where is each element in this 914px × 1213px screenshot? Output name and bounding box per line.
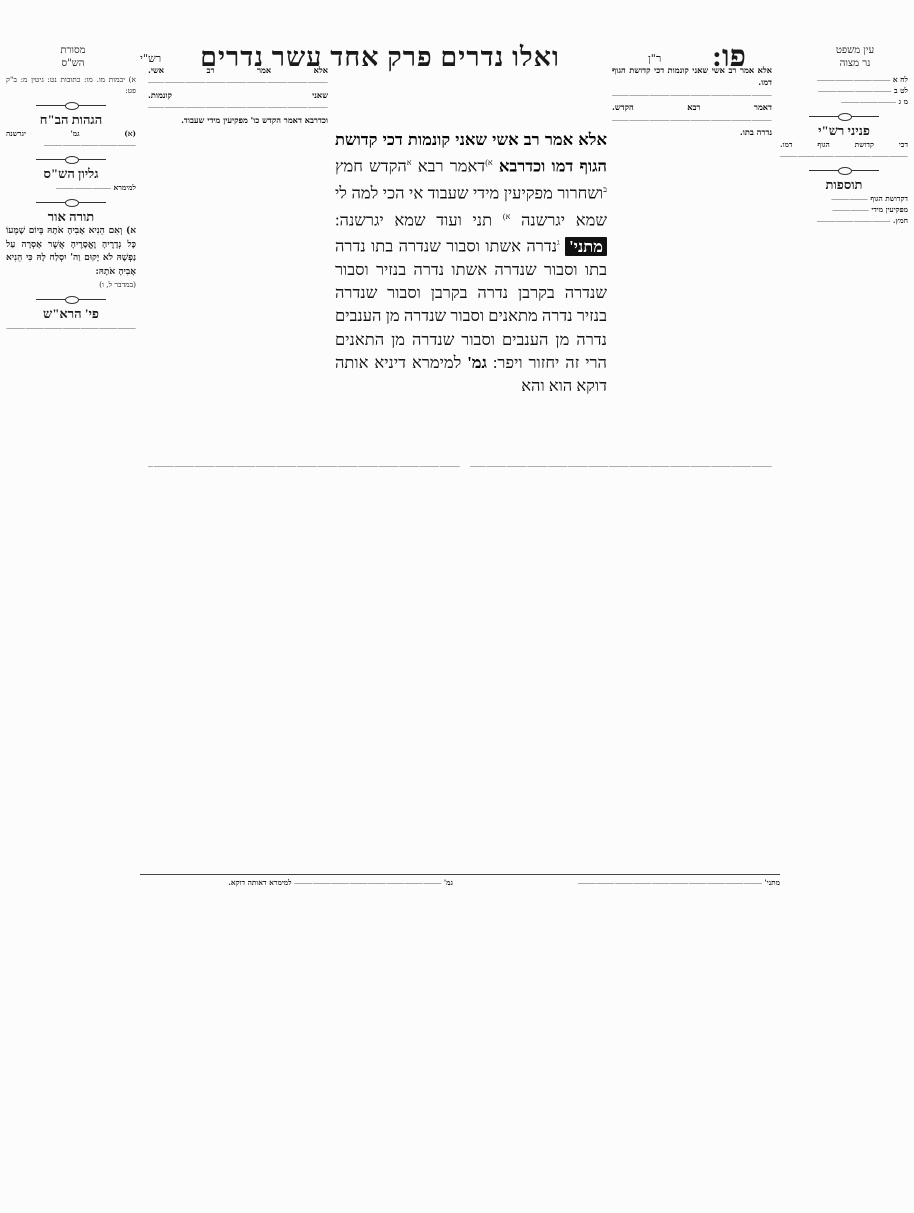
rosh-body: ⸻⸻⸻⸻⸻⸻⸻⸻⸻⸻⸻⸻: [6, 322, 136, 333]
tosafot-entry: דקדושת הגוף ⸻⸻: [780, 193, 908, 204]
rashi-commentary-lower: ⸻⸻⸻⸻⸻⸻⸻⸻⸻⸻⸻⸻⸻⸻⸻⸻⸻⸻⸻⸻: [148, 460, 460, 872]
note-marker: ב: [603, 185, 607, 194]
rosh-heading: פי' הרא"ש: [6, 308, 136, 319]
hagahot-body: (א) גמ' יגרשנה ⸻⸻⸻⸻⸻: [6, 128, 136, 150]
rashi-lower-body: ⸻⸻⸻⸻⸻⸻⸻⸻⸻⸻⸻⸻⸻⸻⸻⸻⸻⸻⸻⸻: [148, 461, 460, 471]
torah-or-citation: (במדבר ל, ו): [6, 279, 136, 290]
mishna-label: מתני': [565, 237, 607, 256]
ornament-divider: [809, 112, 879, 121]
ran-commentary-lower: ⸻⸻⸻⸻⸻⸻⸻⸻⸻⸻⸻⸻⸻⸻⸻⸻⸻⸻⸻⸻: [470, 460, 772, 872]
rashi-lead: וכדרבא דאמר הקדש כו' מפקיעין מידי שעבוד.: [181, 115, 328, 125]
ornament-divider: [36, 101, 106, 110]
bottom-commentary-col: מתני' ⸻⸻⸻⸻⸻⸻⸻⸻⸻⸻: [467, 878, 780, 908]
hagahot-habach-heading: הגהות הב"ח: [6, 114, 136, 125]
ran-lower-body: ⸻⸻⸻⸻⸻⸻⸻⸻⸻⸻⸻⸻⸻⸻⸻⸻⸻⸻⸻⸻: [470, 461, 772, 471]
left-margin: א) יבמות מו. מו: כתובות נט: גיטין מ: ב"ק…: [6, 74, 136, 904]
gemara-label: גמ': [467, 353, 487, 372]
rashi-body: ⸻⸻⸻⸻⸻⸻⸻⸻⸻⸻⸻⸻: [148, 77, 328, 87]
ornament-divider: [809, 166, 879, 175]
ein-mishpat-heading: עין משפט נר מצוה: [820, 44, 890, 70]
ran-body: ⸻⸻⸻⸻⸻⸻⸻⸻⸻⸻⸻⸻⸻⸻⸻⸻: [612, 115, 772, 125]
right-margin: לח א ⸻⸻⸻⸻ לט ב ⸻⸻⸻⸻ מ ג ⸻⸻⸻ פניני רש"י ד…: [780, 74, 908, 904]
ran-lead: נדרה בתו.: [740, 127, 772, 137]
main-gemara-text: אלא אמר רב אשי שאני קונמות דכי קדושת הגו…: [335, 128, 607, 397]
ein-mishpat-label: עין משפט: [820, 44, 890, 57]
gemara-segment: דאמר רבא: [418, 157, 485, 176]
ornament-divider: [36, 295, 106, 304]
tosafot-entry: מפקיעין מידי ⸻⸻: [780, 204, 908, 215]
gilyon-body: למימרא ⸻⸻⸻: [6, 182, 136, 193]
rashi-lead: אלא אמר רב אשי.: [148, 65, 328, 75]
ornament-divider: [36, 198, 106, 207]
mesoret-hashas-heading: מסורת הש"ס: [38, 44, 108, 70]
bottom-body: ⸻⸻⸻⸻⸻⸻⸻⸻⸻⸻: [578, 878, 762, 887]
ran-commentary: אלא אמר רב אשי שאני קונמות דכי קדושת הגו…: [612, 64, 772, 456]
ran-lead: אלא אמר רב אשי שאני קונמות דכי קדושת הגו…: [612, 65, 772, 87]
bottom-commentary: מתני' ⸻⸻⸻⸻⸻⸻⸻⸻⸻⸻ גמ' ⸻⸻⸻⸻⸻⸻⸻⸻ למימרא דאו…: [140, 878, 780, 908]
mishna-text: נדרה אשתו וסבור שנדרה בתו נדרה בתו וסבור…: [335, 237, 607, 372]
bottom-lead: מתני': [765, 878, 781, 887]
ein-mishpat-entry: מ ג ⸻⸻⸻: [780, 96, 908, 107]
ein-mishpat-entry: לח א ⸻⸻⸻⸻: [780, 74, 908, 85]
torah-or-verse: א) וְאִם הֵנִיא אָבִיהָ אֹתָהּ בְּיוֹם ש…: [6, 225, 136, 279]
ran-lead: דאמר רבא הקדש.: [612, 102, 772, 112]
ner-mitzvah-label: נר מצוה: [820, 57, 890, 70]
tosafot-heading: תוספות: [780, 179, 908, 190]
note-marker: ג: [557, 238, 560, 247]
ornament-divider: [36, 155, 106, 164]
bottom-body: ⸻⸻⸻⸻⸻⸻⸻⸻: [294, 878, 442, 887]
ran-body: ⸻⸻⸻⸻⸻⸻⸻⸻⸻⸻⸻⸻⸻⸻⸻⸻⸻⸻⸻⸻: [612, 90, 772, 100]
gemara-segment: תני ועוד שמא יגרשנה:: [335, 210, 492, 229]
torah-or-heading: תורה אור: [6, 211, 136, 222]
bottom-lead: גמ': [444, 878, 453, 887]
gemara-segment: הקדש חמץ: [335, 157, 407, 176]
bottom-lead: למימרא דאותה דוקא.: [228, 878, 291, 887]
bottom-divider: [140, 874, 780, 875]
rashi-lead: שאני קונמות.: [148, 90, 328, 100]
bottom-commentary-col: גמ' ⸻⸻⸻⸻⸻⸻⸻⸻ למימרא דאותה דוקא.: [140, 878, 453, 908]
gilyon-hashas-heading: גליון הש"ס: [6, 168, 136, 179]
note-marker: א: [407, 158, 412, 167]
penini-rashi-body: דכי קדושת הגוף דמו. ⸻⸻⸻⸻⸻⸻⸻⸻: [780, 139, 908, 161]
rashi-commentary: אלא אמר רב אשי. ⸻⸻⸻⸻⸻⸻⸻⸻⸻⸻⸻⸻ שאני קונמות…: [148, 64, 328, 456]
note-marker: א): [485, 158, 492, 167]
mesoret-label: מסורת: [38, 44, 108, 57]
note-marker: א): [503, 212, 510, 221]
rashi-body: ⸻⸻⸻⸻⸻⸻⸻⸻⸻⸻⸻⸻⸻⸻: [148, 102, 328, 112]
tosafot-entry: חמץ. ⸻⸻⸻⸻: [780, 215, 908, 226]
hashas-label: הש"ס: [38, 57, 108, 70]
penini-rashi-heading: פניני רש"י: [780, 125, 908, 136]
mesoret-entry: א) יבמות מו. מו: כתובות נט: גיטין מ: ב"ק…: [6, 74, 136, 96]
ein-mishpat-entry: לט ב ⸻⸻⸻⸻: [780, 85, 908, 96]
